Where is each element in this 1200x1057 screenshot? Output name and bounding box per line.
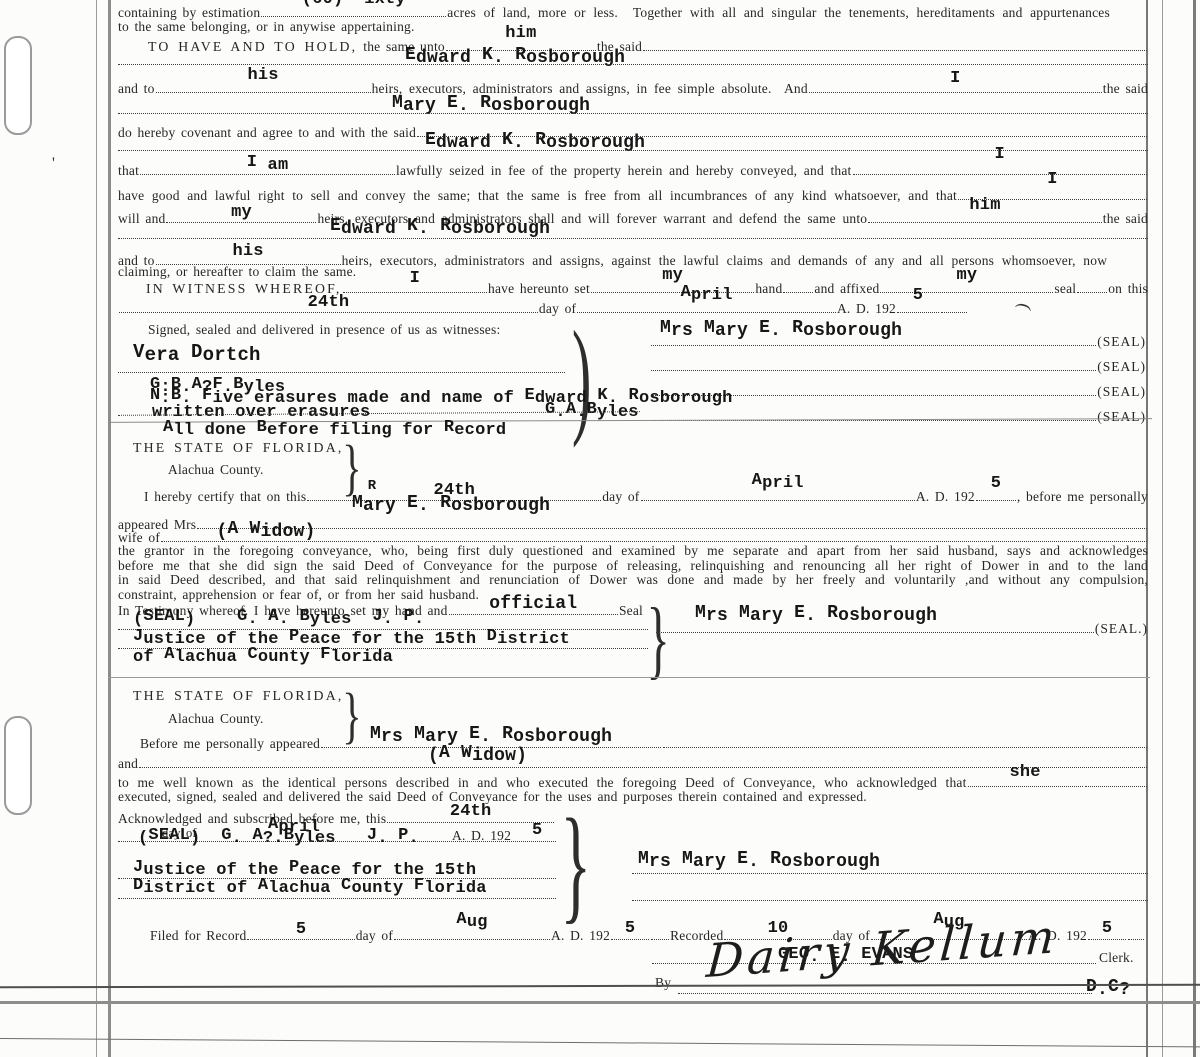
rule-dots bbox=[197, 515, 1147, 529]
form-line-certify: I hereby certify that on this R 24th day… bbox=[118, 487, 1148, 505]
ack-brace: } bbox=[560, 800, 591, 928]
dotted-rule bbox=[678, 993, 1092, 994]
form-text: have good and lawful right to sell and c… bbox=[118, 188, 957, 204]
i-fill: I bbox=[853, 161, 1147, 175]
form-text: Seal bbox=[619, 603, 643, 619]
form-text: claiming, or hereafter to claim the same… bbox=[118, 264, 356, 280]
form-line-seized: that I am lawfully seized in fee of the … bbox=[118, 161, 1148, 179]
rule-dots bbox=[783, 279, 813, 293]
typed-appeared-name: Mrs Mary E. Rosborough bbox=[370, 728, 612, 746]
testimony-brace: } bbox=[647, 596, 670, 684]
widow-fill: (A Widow) bbox=[161, 528, 371, 542]
form-text: lawfully seized in fee of the property h… bbox=[396, 163, 851, 179]
seal-line-4: (SEAL) bbox=[650, 407, 1146, 425]
typed-jp-seal-line: (SEAL) G. A. Byles J. P. bbox=[133, 611, 424, 628]
seal-label: (SEAL) bbox=[1097, 409, 1146, 425]
witness-brace: ) bbox=[572, 312, 591, 442]
typed-i: I bbox=[950, 73, 960, 90]
form-text: heirs, executors, administrators and ass… bbox=[372, 81, 808, 97]
form-text: Filed for Record bbox=[150, 928, 246, 944]
typed-i: I bbox=[1047, 174, 1057, 191]
rule-dots bbox=[941, 299, 967, 313]
ad-label: A. D. 192 bbox=[452, 829, 511, 843]
by-label: By bbox=[655, 976, 671, 990]
dotted-rule bbox=[118, 238, 1148, 239]
form-text: do hereby covenant and agree to and with… bbox=[118, 125, 416, 141]
form-line-habendum: TO HAVE AND TO HOLD, the same unto him t… bbox=[118, 37, 1148, 55]
deed-document-page: ' containing by estimation (60) Sixty ac… bbox=[0, 0, 1200, 1057]
typed-year: 5 bbox=[532, 822, 542, 839]
state-heading-2: THE STATE OF FLORIDA, bbox=[133, 689, 344, 703]
form-line-claiming: claiming, or hereafter to claim the same… bbox=[118, 264, 1148, 280]
form-text: , before me personally bbox=[1017, 489, 1148, 505]
him-fill: him bbox=[868, 209, 1102, 223]
form-text: and to bbox=[118, 81, 155, 97]
paragraph-line: the grantor in the foregoing conveyance,… bbox=[118, 544, 1148, 559]
form-text: and bbox=[118, 756, 138, 772]
seal-label: (SEAL) bbox=[1097, 334, 1146, 350]
typed-recorded-year: 5 bbox=[1102, 920, 1112, 937]
typed-jp-title-1: Justice of the Peace for the 15th Distri… bbox=[133, 631, 570, 648]
day-fill: 24th bbox=[119, 299, 538, 313]
dower-paragraph: the grantor in the foregoing conveyance,… bbox=[118, 544, 1148, 602]
form-line-executed: executed, signed, sealed and delivered t… bbox=[118, 789, 1148, 805]
form-text: have hereunto set bbox=[488, 281, 590, 297]
form-text: Before me personally appeared bbox=[140, 736, 320, 752]
seal-label: (SEAL) bbox=[1097, 359, 1146, 375]
form-text: day of bbox=[539, 301, 576, 317]
year-fill: 5 bbox=[897, 299, 939, 313]
form-text: A. D. 192 bbox=[916, 489, 975, 505]
bottom-rule-3 bbox=[0, 1038, 1200, 1048]
left-margin-rule-thick bbox=[108, 0, 111, 1057]
form-line-and: and bbox=[118, 754, 1148, 772]
form-text: that bbox=[118, 163, 139, 179]
typed-widow: (A Widow) bbox=[216, 523, 315, 541]
filed-day-fill: 5 bbox=[247, 926, 354, 940]
seal-line-notary1: (SEAL.) bbox=[655, 619, 1148, 637]
typed-stray-r: R bbox=[368, 482, 377, 496]
seal-label: (SEAL) bbox=[1097, 384, 1146, 400]
rule-dots bbox=[1128, 926, 1144, 940]
stray-tick-mark: ' bbox=[52, 156, 55, 172]
state-heading-1: THE STATE OF FLORIDA, bbox=[133, 441, 344, 455]
form-text: executed, signed, sealed and delivered t… bbox=[118, 789, 867, 805]
typed-erasure-note-3: All done Before filing for Record bbox=[163, 422, 506, 439]
seal-label: (SEAL.) bbox=[1095, 621, 1148, 637]
habendum-heading: TO HAVE AND TO HOLD, bbox=[148, 39, 357, 55]
my-fill: my bbox=[166, 209, 316, 223]
county-label-1: Alachua County. bbox=[168, 463, 264, 477]
bottom-rule-2 bbox=[0, 1001, 1200, 1004]
month-fill: April bbox=[641, 487, 915, 501]
form-line-and-to-heirs: and to his heirs, executors, administrat… bbox=[118, 79, 1148, 97]
acres-fill: (60) Sixty bbox=[261, 3, 446, 17]
binder-hole-top bbox=[4, 36, 32, 135]
typed-my: my bbox=[231, 204, 252, 221]
form-text: hand bbox=[755, 281, 782, 297]
rule-dots bbox=[139, 754, 1147, 768]
form-text: seal bbox=[1054, 281, 1076, 297]
typed-month: April bbox=[752, 475, 804, 492]
form-line-date: 24th day of April A. D. 192 5 bbox=[118, 299, 968, 317]
rule-dots bbox=[651, 926, 669, 940]
form-text: the said bbox=[1103, 81, 1148, 97]
presence-label: Signed, sealed and delivered in presence… bbox=[148, 323, 500, 337]
dotted-rule bbox=[632, 873, 1148, 874]
typed-filed-year: 5 bbox=[625, 920, 635, 937]
form-line-before-appeared: Before me personally appeared Mrs Mary E… bbox=[118, 734, 1148, 752]
seal-line-2: (SEAL) bbox=[650, 357, 1146, 375]
typed-him: him bbox=[969, 197, 1000, 214]
typed-my: my bbox=[662, 267, 683, 284]
form-text: the said bbox=[1103, 211, 1148, 227]
rule-dots bbox=[663, 734, 1147, 748]
dotted-rule bbox=[632, 900, 1148, 901]
rule-dots bbox=[643, 37, 1147, 51]
binder-hole-bottom bbox=[4, 716, 32, 815]
filed-year-fill: 5 bbox=[611, 926, 649, 940]
rule-dots bbox=[656, 619, 1094, 633]
form-text: A. D. 192 bbox=[837, 301, 896, 317]
typed-she: she bbox=[1009, 764, 1040, 781]
dotted-rule bbox=[118, 372, 565, 373]
typed-witness-1: Vera Dortch bbox=[133, 346, 261, 365]
i-fill: I bbox=[809, 79, 1102, 93]
rule-dots bbox=[1077, 279, 1107, 293]
paragraph-line: in said Deed described, and that said re… bbox=[118, 573, 1148, 588]
typed-appeared-name: Mary E. Rosborough bbox=[352, 497, 550, 515]
form-text: I hereby certify that on this bbox=[144, 489, 306, 505]
typed-filed-month: Aug bbox=[456, 914, 487, 931]
form-text: day of bbox=[602, 489, 639, 505]
typed-day: 24th bbox=[308, 294, 350, 311]
typed-my: my bbox=[957, 267, 978, 284]
official-fill: official bbox=[449, 601, 618, 615]
typed-jp-title-2: of Alachua County Florida bbox=[133, 649, 393, 666]
typed-signature-mary: Mrs Mary E. Rosborough bbox=[638, 853, 880, 871]
i-am-fill: I am bbox=[140, 161, 395, 175]
she-fill: she bbox=[968, 773, 1083, 787]
seal-line-1: (SEAL) bbox=[650, 332, 1146, 350]
my-fill: my bbox=[880, 279, 1053, 293]
section-divider-line bbox=[108, 677, 1150, 678]
form-line-warrant: will and my heirs, executors and adminis… bbox=[118, 209, 1148, 227]
typed-i-am: I am bbox=[247, 157, 289, 174]
typed-jp-title-1: Justice of the Peace for the 15th bbox=[133, 862, 476, 879]
typed-year: 5 bbox=[913, 287, 923, 304]
left-margin-rule-thin bbox=[96, 0, 97, 1057]
form-line-belonging: to the same belonging, or in anywise app… bbox=[118, 19, 1148, 35]
typed-month: April bbox=[681, 287, 733, 304]
dotted-rule bbox=[118, 113, 1148, 114]
right-margin-rule-thin bbox=[1162, 0, 1163, 1057]
typed-jp-title-2: District of Alachua County Florida bbox=[133, 880, 487, 897]
rule-dots bbox=[1085, 773, 1147, 787]
clerk-label: Clerk. bbox=[1099, 951, 1134, 965]
form-text: A. D. 192 bbox=[551, 928, 610, 944]
filed-month-fill: Aug bbox=[394, 926, 550, 940]
page-edge-rule bbox=[1193, 0, 1196, 1057]
form-text: Acknowledged and subscribed before me, t… bbox=[118, 811, 386, 827]
typed-filed-day: 5 bbox=[296, 921, 306, 938]
typed-grantee-name: Edward K. Rosborough bbox=[330, 220, 550, 238]
form-text: day of bbox=[356, 928, 393, 944]
typed-year: 5 bbox=[991, 475, 1001, 492]
stray-hook-mark: ( bbox=[1016, 302, 1035, 313]
his-fill: his bbox=[156, 251, 341, 265]
month-fill: April bbox=[577, 299, 836, 313]
typed-day: 24th bbox=[450, 803, 492, 820]
bottom-rule-1 bbox=[0, 984, 1200, 988]
dotted-rule bbox=[118, 64, 1148, 65]
typed-acres-value: (60) Sixty bbox=[302, 0, 406, 8]
i-fill: I bbox=[343, 279, 487, 293]
form-text: and affixed bbox=[814, 281, 879, 297]
county-label-2: Alachua County. bbox=[168, 712, 264, 726]
typed-jp-seal-line-2: (SEAL) G. A?.Byles J. P. bbox=[138, 830, 419, 847]
deputy-clerk-signature: Dairy Kellum bbox=[705, 913, 1060, 984]
paragraph-line: before me that she did sign the said Dee… bbox=[118, 559, 1148, 574]
rule-dots bbox=[373, 528, 1147, 542]
typed-his: his bbox=[247, 67, 278, 84]
typed-i: I bbox=[995, 149, 1005, 166]
typed-him: him bbox=[505, 25, 536, 42]
form-line-acknowledged: Acknowledged and subscribed before me, t… bbox=[118, 809, 555, 827]
typed-his: his bbox=[232, 243, 263, 260]
rule-dots bbox=[651, 357, 1096, 371]
his-fill: his bbox=[156, 79, 371, 93]
recorded-year-fill: 5 bbox=[1088, 926, 1126, 940]
form-line-witness-whereof: IN WITNESS WHEREOF, I have hereunto set … bbox=[118, 279, 1148, 297]
day-fill: 24th bbox=[387, 809, 554, 823]
typed-official: official bbox=[489, 595, 577, 613]
form-text: will and bbox=[118, 211, 165, 227]
rule-dots bbox=[651, 332, 1096, 346]
year-fill: 5 bbox=[976, 487, 1016, 501]
form-text: on this bbox=[1108, 281, 1148, 297]
dotted-rule bbox=[118, 150, 1148, 151]
form-text: to the same belonging, or in anywise app… bbox=[118, 19, 415, 35]
dotted-rule bbox=[118, 898, 556, 899]
typed-i: I bbox=[410, 273, 420, 290]
